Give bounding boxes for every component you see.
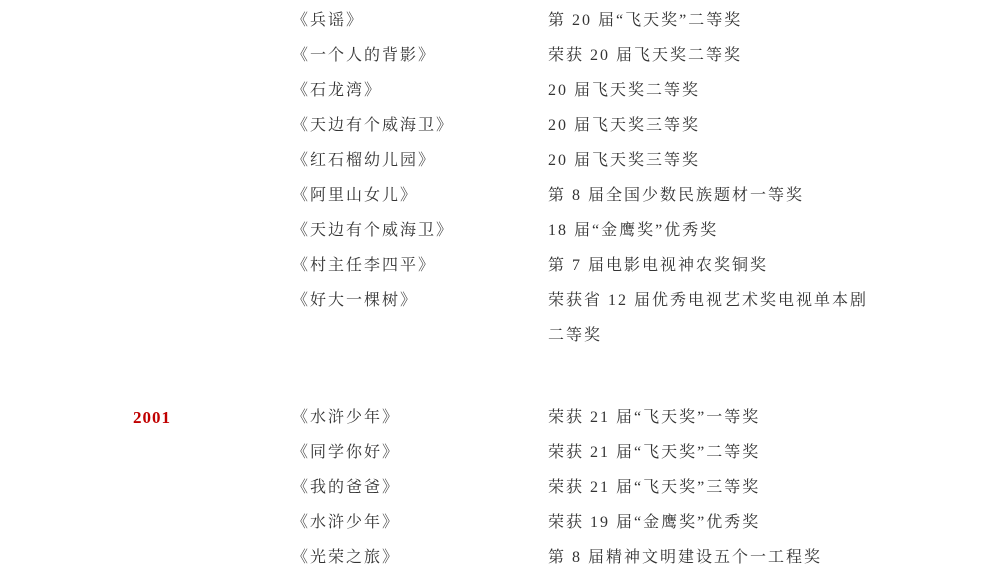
work-title: 《红石榴幼儿园》 [292, 143, 548, 178]
work-title: 《水浒少年》 [292, 400, 548, 435]
award-row: 《好大一棵树》 荣获省 12 届优秀电视艺术奖电视单本剧 二等奖 [0, 283, 1004, 353]
award-text: 第 8 届精神文明建设五个一工程奖 [548, 540, 1004, 575]
year-label [133, 505, 292, 540]
work-title: 《阿里山女儿》 [292, 178, 548, 213]
award-text: 第 20 届“飞天奖”二等奖 [548, 3, 1004, 38]
award-text: 第 7 届电影电视神农奖铜奖 [548, 248, 1004, 283]
award-text: 荣获 19 届“金鹰奖”优秀奖 [548, 505, 1004, 540]
award-row: 《光荣之旅》 第 8 届精神文明建设五个一工程奖 [0, 540, 1004, 575]
award-row: 2001 《水浒少年》 荣获 21 届“飞天奖”一等奖 [0, 400, 1004, 435]
award-row: 《天边有个威海卫》 18 届“金鹰奖”优秀奖 [0, 213, 1004, 248]
award-text: 18 届“金鹰奖”优秀奖 [548, 213, 1004, 248]
year-label [133, 540, 292, 575]
award-text: 荣获 20 届飞天奖二等奖 [548, 38, 1004, 73]
work-title: 《好大一棵树》 [292, 283, 548, 353]
work-title: 《我的爸爸》 [292, 470, 548, 505]
award-text: 荣获省 12 届优秀电视艺术奖电视单本剧 二等奖 [548, 283, 1004, 353]
year-label [133, 38, 292, 73]
award-row: 《水浒少年》 荣获 19 届“金鹰奖”优秀奖 [0, 505, 1004, 540]
year-label [133, 435, 292, 470]
work-title: 《村主任李四平》 [292, 248, 548, 283]
award-row: 《红石榴幼儿园》 20 届飞天奖三等奖 [0, 143, 1004, 178]
work-title: 《天边有个威海卫》 [292, 108, 548, 143]
work-title: 《同学你好》 [292, 435, 548, 470]
award-row: 《同学你好》 荣获 21 届“飞天奖”二等奖 [0, 435, 1004, 470]
award-row: 《兵谣》 第 20 届“飞天奖”二等奖 [0, 3, 1004, 38]
year-label [133, 283, 292, 353]
work-title: 《水浒少年》 [292, 505, 548, 540]
award-row: 《天边有个威海卫》 20 届飞天奖三等奖 [0, 108, 1004, 143]
award-row: 《阿里山女儿》 第 8 届全国少数民族题材一等奖 [0, 178, 1004, 213]
award-row: 《村主任李四平》 第 7 届电影电视神农奖铜奖 [0, 248, 1004, 283]
award-text: 第 8 届全国少数民族题材一等奖 [548, 178, 1004, 213]
award-row: 《我的爸爸》 荣获 21 届“飞天奖”三等奖 [0, 470, 1004, 505]
award-text: 20 届飞天奖三等奖 [548, 143, 1004, 178]
award-text: 20 届飞天奖二等奖 [548, 73, 1004, 108]
year-label [133, 213, 292, 248]
year-label [133, 470, 292, 505]
work-title: 《一个人的背影》 [292, 38, 548, 73]
section-gap [0, 353, 1004, 400]
work-title: 《光荣之旅》 [292, 540, 548, 575]
award-text: 荣获 21 届“飞天奖”一等奖 [548, 400, 1004, 435]
award-text: 20 届飞天奖三等奖 [548, 108, 1004, 143]
award-row: 《石龙湾》 20 届飞天奖二等奖 [0, 73, 1004, 108]
year-label [133, 108, 292, 143]
work-title: 《天边有个威海卫》 [292, 213, 548, 248]
award-text: 荣获 21 届“飞天奖”二等奖 [548, 435, 1004, 470]
year-label-2001: 2001 [133, 400, 292, 435]
document-page: 《兵谣》 第 20 届“飞天奖”二等奖 《一个人的背影》 荣获 20 届飞天奖二… [0, 0, 1004, 575]
year-label [133, 3, 292, 38]
year-label [133, 73, 292, 108]
work-title: 《石龙湾》 [292, 73, 548, 108]
award-row: 《一个人的背影》 荣获 20 届飞天奖二等奖 [0, 38, 1004, 73]
year-label [133, 143, 292, 178]
work-title: 《兵谣》 [292, 3, 548, 38]
year-label [133, 178, 292, 213]
award-text: 荣获 21 届“飞天奖”三等奖 [548, 470, 1004, 505]
year-label [133, 248, 292, 283]
